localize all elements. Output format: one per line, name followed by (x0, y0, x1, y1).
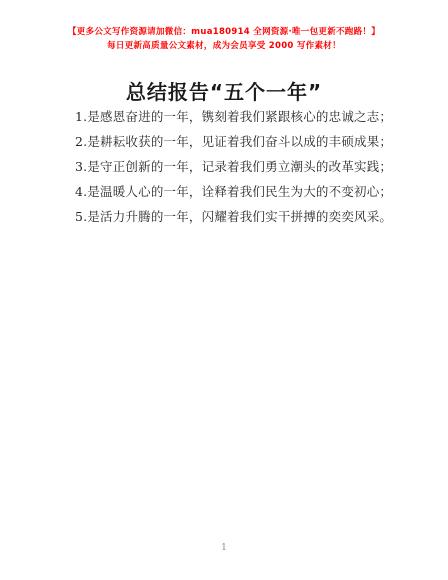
list-item-4: 4.是温暖人心的一年，诠释着我们民生为大的不变初心； (75, 179, 380, 204)
list-item-2: 2.是耕耘收获的一年，见证着我们奋斗以成的丰硕成果； (75, 129, 380, 154)
document-title: 总结报告“五个一年” (0, 78, 448, 106)
promo-header: 【更多公文写作资源请加微信：mua180914 全网资源·唯一包更新不跑路！】 … (0, 26, 448, 53)
promo-line-1: 【更多公文写作资源请加微信：mua180914 全网资源·唯一包更新不跑路！】 (0, 26, 448, 40)
promo-line-2: 每日更新高质量公文素材，成为会员享受 2000 写作素材！ (0, 40, 448, 54)
list-item-5: 5.是活力升腾的一年，闪耀着我们实干拼搏的奕奕风采。 (75, 204, 380, 229)
document-page: 【更多公文写作资源请加微信：mua180914 全网资源·唯一包更新不跑路！】 … (0, 0, 448, 580)
page-number: 1 (0, 543, 448, 553)
list-item-3: 3.是守正创新的一年，记录着我们勇立潮头的改革实践； (75, 154, 380, 179)
list-item-1: 1.是感恩奋进的一年，镌刻着我们紧跟核心的忠诚之志； (75, 104, 380, 129)
summary-item-list: 1.是感恩奋进的一年，镌刻着我们紧跟核心的忠诚之志； 2.是耕耘收获的一年，见证… (75, 104, 380, 229)
